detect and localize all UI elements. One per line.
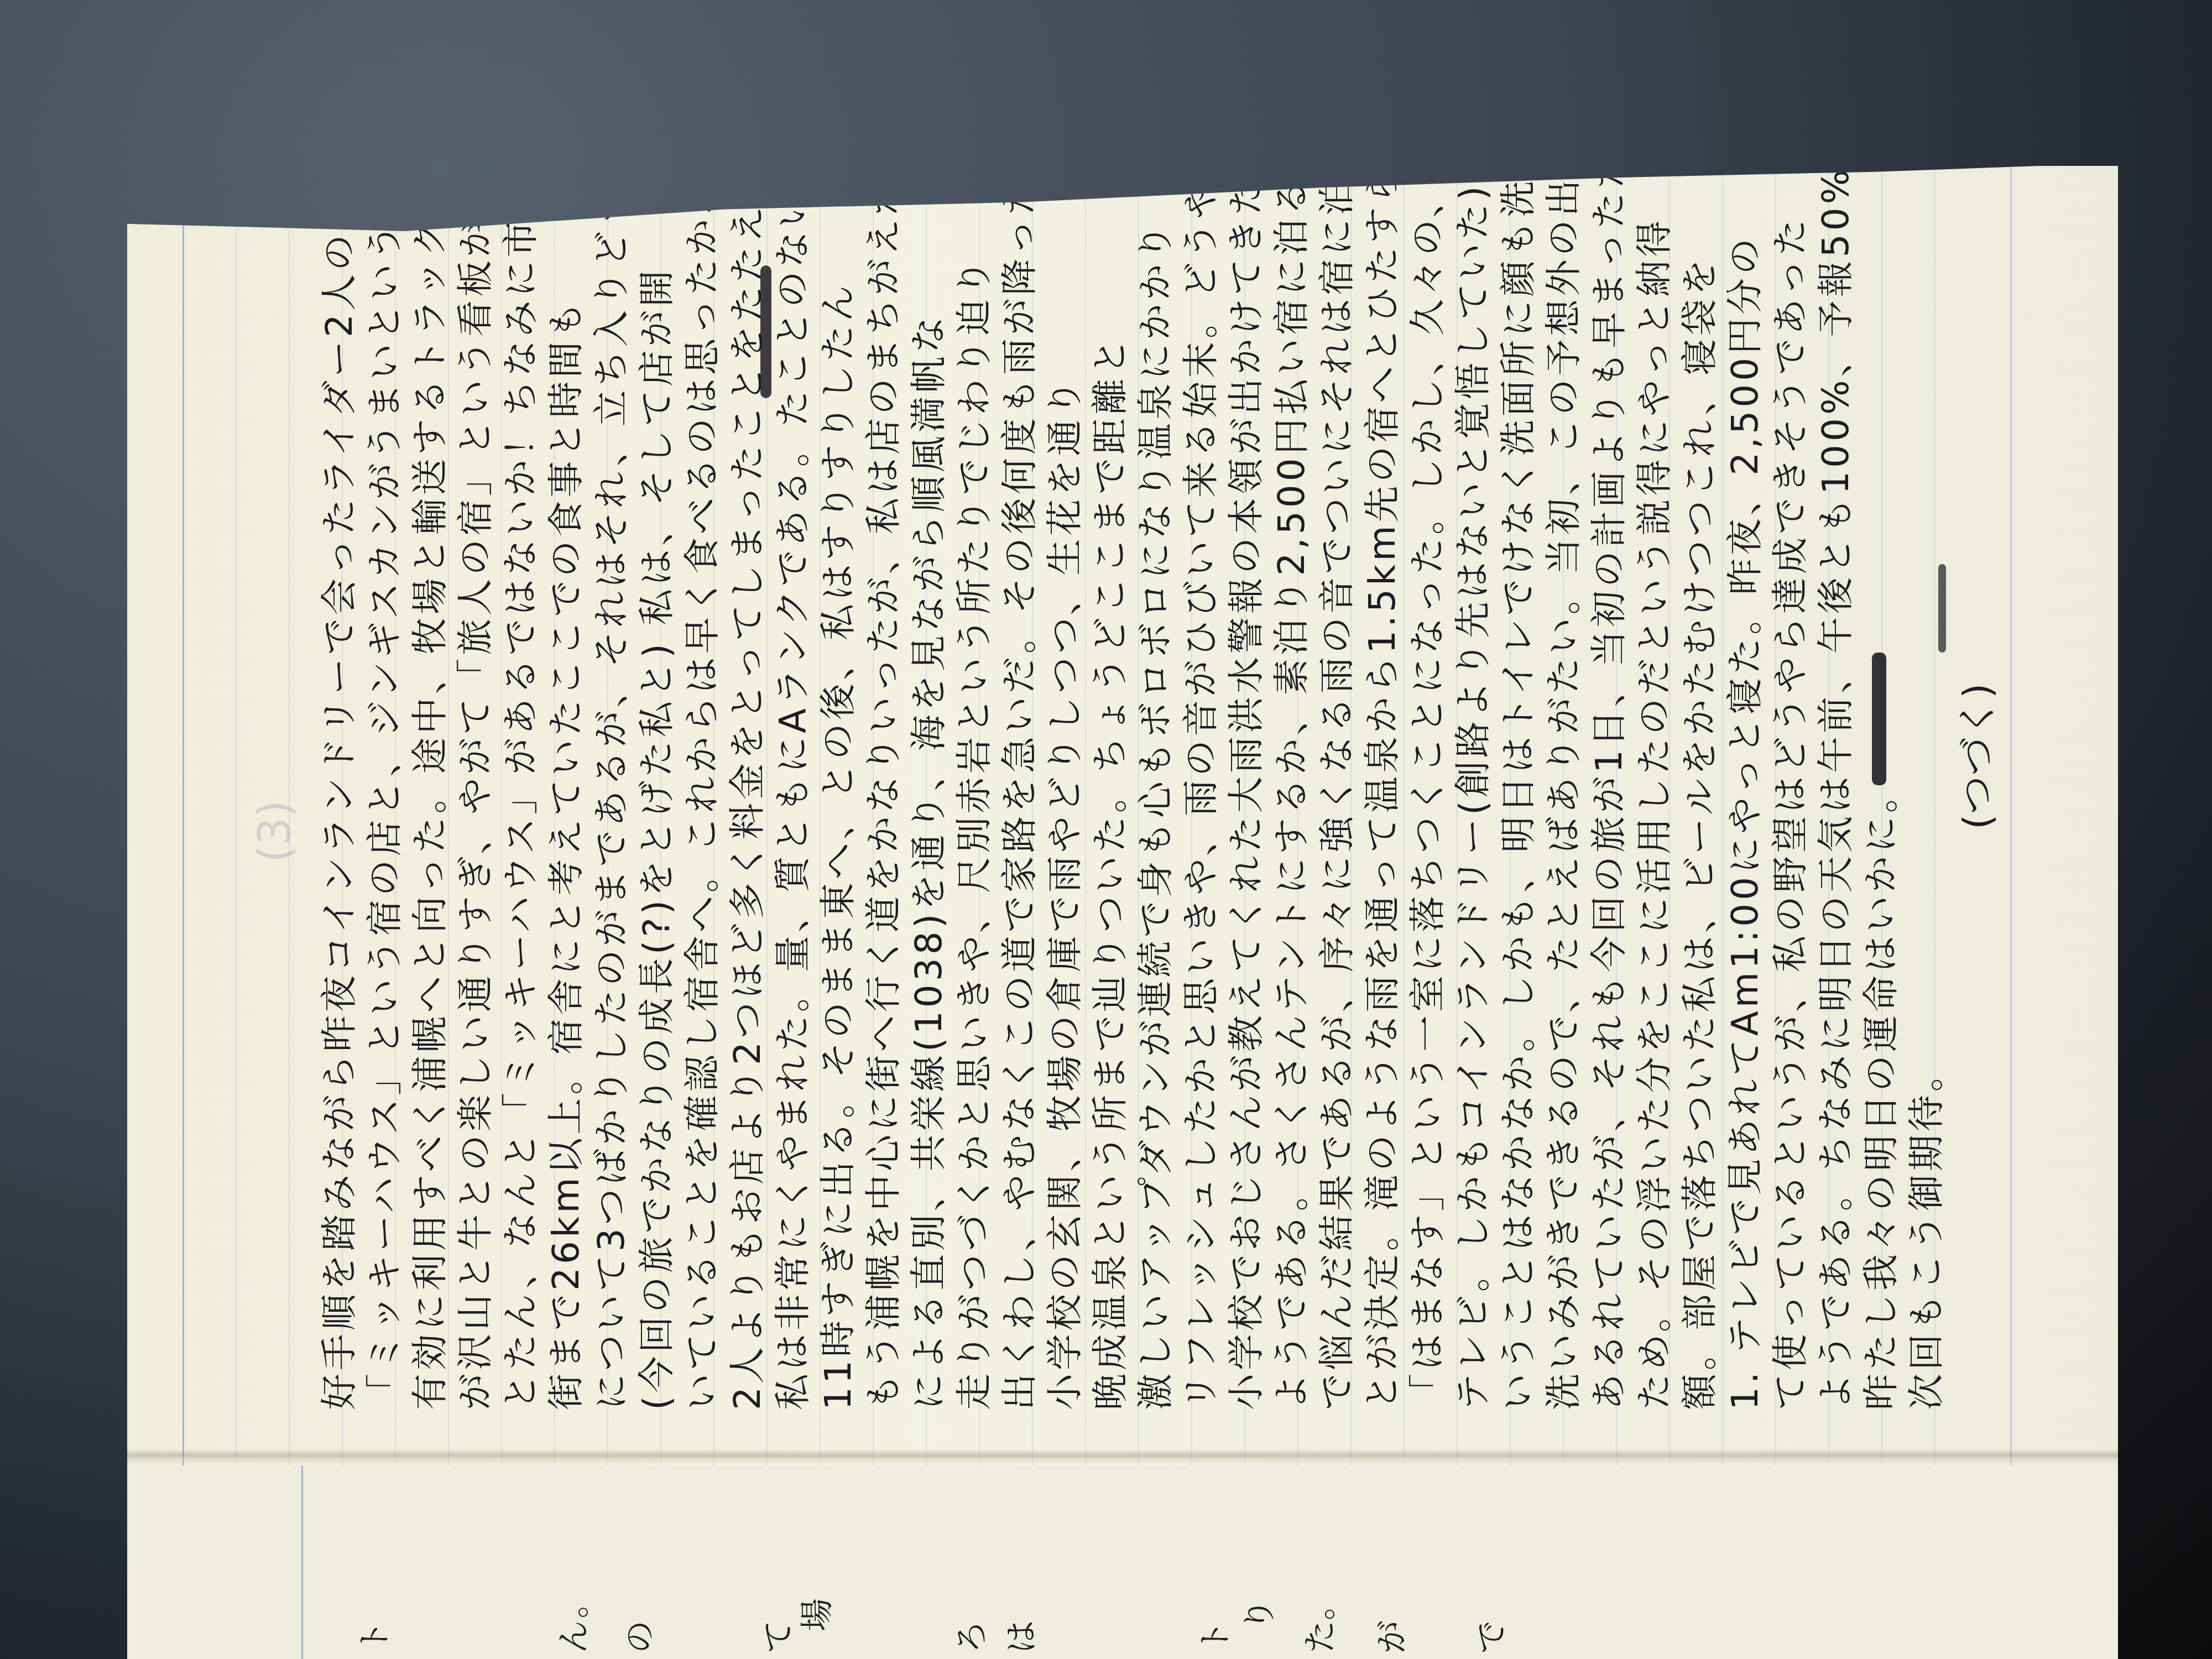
scribble-strikethrough (1872, 653, 1886, 785)
ruled-line (289, 166, 290, 1615)
text-line: 出くわし、やむなくこの道で家路を急いだ。その後何度も雨が降ったため (990, 96, 1042, 1410)
text-line: 洗いみがきできるので、たとえばありがたい。当初、この予想外の出費にだけで (1534, 0, 1587, 1410)
to-be-continued-note: (つづく) (1947, 683, 2002, 830)
text-line: が沢山と牛との楽しい通りすぎ、やがて「旅人の宿」という看板が見えた (446, 98, 498, 1410)
text-line: 昨たし我々の明日の運命はいかに。 (1851, 773, 1904, 1410)
text-line: もう浦幌を中心に街へ行く道をかなりいったが、私は店のまちがえかさ (854, 136, 906, 1410)
text-line: いていることを確認し宿舎へ。これからは早く食べるのは思ったかなわ (672, 136, 725, 1410)
text-line: (今回の旅でかなりの成長(?)をとげた私と) 私は、そして店が開 (627, 267, 680, 1410)
scribble-strikethrough (1938, 564, 1946, 653)
notebook-page: (3) 好手順を踏みながら昨夜コインランドリーで会ったライダー2人の 「ミッキー… (127, 166, 2118, 1615)
facing-fragment: 場 (791, 1598, 838, 1631)
margin-line (182, 166, 184, 1615)
text-line: あるれていたが、それも今回の旅が1日、当初の計画よりも早まったため (1579, 109, 1632, 1410)
facing-fragment: が (1366, 1620, 1413, 1653)
facing-fragment: で (1465, 1620, 1513, 1653)
text-line: テレビ。しかもコインランドリー(創路より先はないと覚悟していた)まであり、 (1443, 0, 1496, 1410)
facing-fragment: ろ (946, 1620, 993, 1653)
text-line: 激しいアップダウンが連続で身も心もボロボロになり温泉にかかり (1126, 221, 1178, 1410)
text-line: 小学校の玄関、牧場の倉庫で雨やどりしつつ、生花を通り (1035, 377, 1088, 1410)
text-line: で悩んだ結果であるが、序々に強くなる雨の音でついにそれは宿に泊るこ (1307, 96, 1360, 1410)
text-line: て使っているというが、私の野望はどうやら達成できそうであった (1761, 216, 1813, 1410)
facing-page: ト ん。 の て 場 ろ は ト り た。 が で (127, 1465, 2118, 1659)
text-line: 晩成温泉という所まで辿りついた。ちょうどここまで距離と (1081, 335, 1133, 1410)
text-line: とが決定。滝のような雨を通って温泉から1.5km先の宿へとひたすら (1353, 164, 1405, 1410)
text-line: 11時すぎに出る。そのまま東へ、との後、私はすりすりしたん (808, 282, 861, 1410)
text-line: 小学校でおじさんが教えてくれた大雨洪水警報の本領が出かけてきた (1217, 176, 1269, 1410)
facing-margin-line (301, 1465, 303, 1659)
text-line: 額。部屋で落ちついた私は、ビールをかたむけつつこれ、寝袋を (1670, 256, 1723, 1410)
text-line: ようである。さくさんテントにするか、素泊り2,500円払い宿に泊るか (1262, 136, 1314, 1410)
facing-fragment: ん。 (547, 1585, 595, 1653)
facing-fragment: り (1233, 1598, 1281, 1631)
facing-fragment: は (995, 1620, 1043, 1653)
text-line: 街まで26km以上。宿舎にと考えていたここでの食事と時間も (536, 299, 589, 1411)
facing-fragment: の (614, 1620, 661, 1653)
text-line: とたん、なんと「ミッキーハウス」があるではないか！ちなみに市の中心 (491, 98, 544, 1410)
text-line: による直別、共栄線(1038)を通り、海を見ながら順風満帆な (899, 314, 952, 1410)
scribble-strikethrough (760, 265, 771, 398)
text-line: 1. テレビで見あれてAm1:00にやっと寝た。昨夜、2,500円分の (1715, 235, 1768, 1410)
facing-fragment: ト (348, 1620, 396, 1653)
text-line: について3つばかりしたのがまであるが、それはそれ、立ち入りどうにもならない (582, 0, 634, 1410)
margin-line-right (2010, 166, 2012, 1615)
text-line: 走りがつづくかと思いきや、尺別赤岩という所たりでじわり迫り (945, 256, 997, 1410)
text-line: ため。その浮いた分をここに活用したのだという説得にやっと納得 (1625, 217, 1677, 1410)
text-line: リフレッシュしたかと思いきや、雨の音がひびいて来る始末。どうやら (1171, 139, 1224, 1410)
page-number-bleed: (3) (249, 800, 300, 863)
ruled-line (236, 166, 237, 1615)
text-line: 「はまなす」という一室に落ちつくことになった。しかし、久々の、ふとん、 (1398, 16, 1451, 1410)
binding-fold (127, 1449, 2118, 1464)
text-line: いうことはなかなか。しかも、明日はトイレでけなく洗面所に顔も洗える (1489, 98, 1541, 1410)
text-line: 有効に利用すべく浦幌へと向った。途中、牧場と輸送するトラック (400, 217, 453, 1410)
text-line: 好手順を踏みながら昨夜コインランドリーで会ったライダー2人の (310, 231, 362, 1410)
facing-fragment: た。 (1294, 1587, 1342, 1653)
text-line: ようである。ちなみに明日の天気は午前、午後とも100%、予報50%の降水確率であ… (1806, 0, 1859, 1410)
text-line: 「ミッキーハウス」という宿の店と、ジンギスカンがうまいという情報を (355, 102, 408, 1410)
text-line: 次回もこう御期待。 (1897, 1052, 1949, 1410)
facing-fragment: ト (1189, 1620, 1237, 1653)
